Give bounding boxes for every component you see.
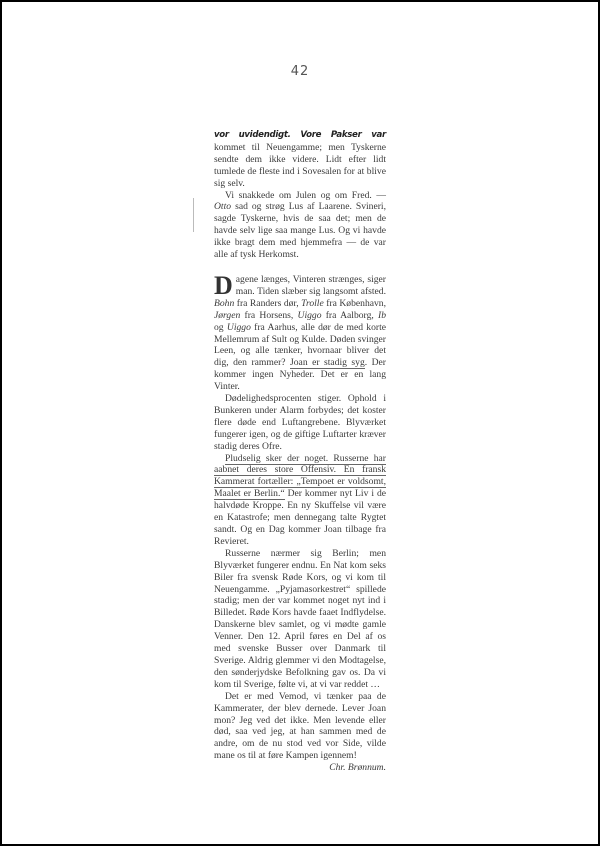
paragraph-4: Dødelighedsprocenten stiger. Ophold i Bu… [214,393,386,453]
paragraph-5: Pludselig sker der noget. Russerne har a… [214,453,386,548]
underlined-text: Joan er stadig syg [290,357,365,369]
signature-line: Chr. Brønnum. [214,762,386,774]
paragraph-7: Det er med Vemod, vi tænker paa de Kamme… [214,691,386,762]
paragraph-2: Vi snakkede om Julen og om Fred. — Otto … [214,190,386,261]
document-page: 42 vor uvidendigt. Vore Pakser var komme… [2,2,598,844]
signature: Chr. Brønnum. [318,762,386,774]
handwritten-annotation: vor uvidendigt. Vore Pakser var [214,130,386,140]
paragraph-1: vor uvidendigt. Vore Pakser var kommet t… [214,129,386,190]
article-column: vor uvidendigt. Vore Pakser var kommet t… [214,129,386,774]
margin-mark [193,198,194,232]
page-number: 42 [2,64,598,79]
paragraph-6: Russerne nærmer sig Berlin; men Blyværke… [214,548,386,691]
paragraph-3: Dagene længes, Vinteren strænges, siger … [214,274,386,393]
drop-cap: D [214,275,233,297]
